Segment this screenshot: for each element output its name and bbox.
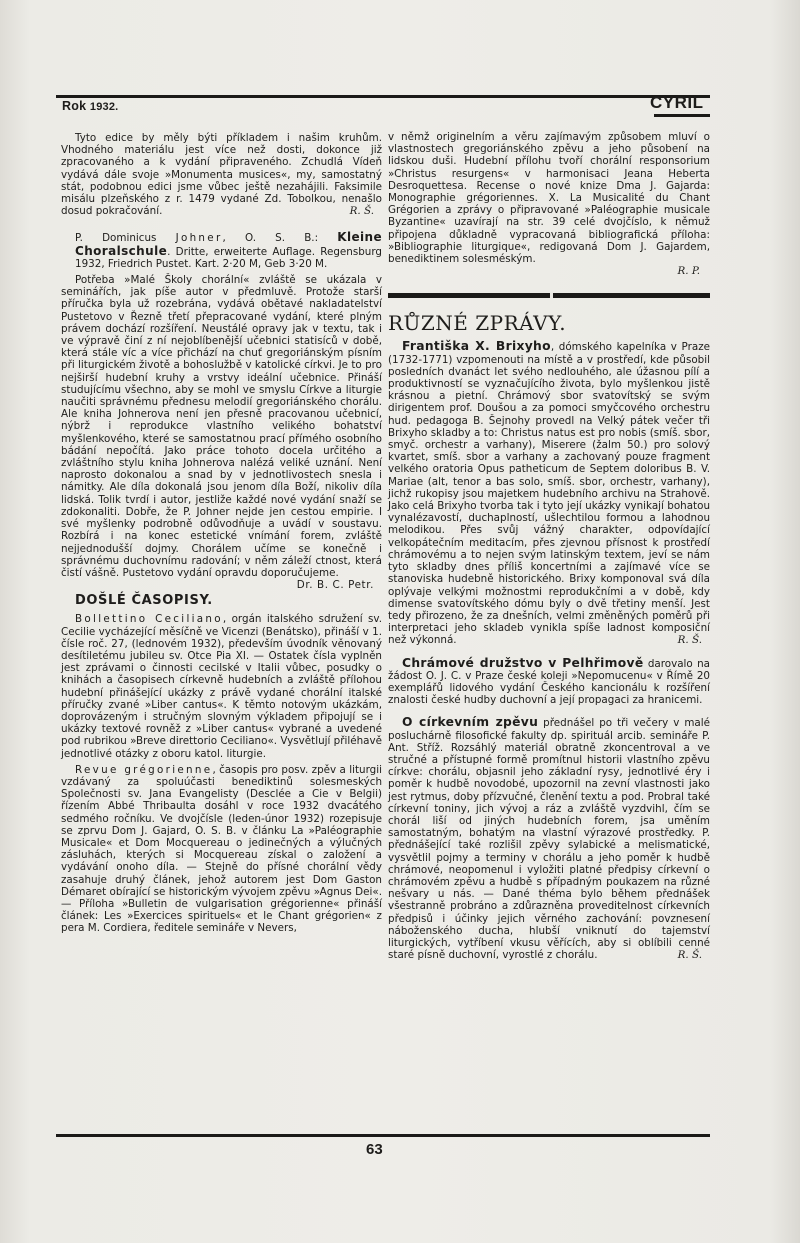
journal-page: Rok 1932. CYRIL Tyto edice by měly býti … — [0, 0, 800, 1243]
running-head-year: Rok 1932. — [62, 99, 118, 113]
intro-text: Tyto edice by měly býti příkladem i naši… — [61, 132, 382, 217]
book-review-body: Potřeba »Malé Školy chorální« zvláště se… — [61, 274, 382, 579]
right-column: v němž originelním a věru zajímavým způs… — [388, 131, 710, 961]
page-number: 63 — [366, 1141, 383, 1158]
book-review-citation: P. Dominicus Johner, O. S. B.: Kleine Ch… — [61, 231, 382, 270]
book-review-signature: Dr. B. C. Petr. — [283, 579, 382, 591]
pelhrimov-paragraph: Chrámové družstvo v Pelhřimově darovalo … — [388, 657, 710, 707]
bollettino-paragraph: Bollettino Ceciliano, orgán italského sd… — [61, 613, 382, 759]
revue-text: , časopis pro posv. zpěv a liturgii vzdá… — [61, 764, 382, 935]
intro-paragraph: Tyto edice by měly býti příkladem i naši… — [61, 132, 382, 217]
brixy-text: , dómského kapelníka v Praze (1732-1771)… — [388, 341, 710, 646]
church-singing-lead: O církevním zpěvu — [402, 715, 538, 729]
footer-rule — [56, 1134, 710, 1137]
header-rule — [56, 95, 710, 98]
bollettino-text: , orgán italského sdružení sv. Cecilie v… — [61, 613, 382, 759]
church-singing-paragraph: O církevním zpěvu přednášel po tři večer… — [388, 716, 710, 961]
pelhrimov-lead: Chrámové družstvo v Pelhřimově — [402, 656, 643, 670]
year-label: Rok — [62, 99, 86, 113]
revue-name: Revue grégorienne — [75, 764, 212, 776]
section-divider — [388, 293, 710, 298]
journal-title-underline — [654, 114, 710, 117]
church-singing-signature: R. Š. — [664, 949, 710, 961]
intro-signature: R. Š. — [336, 205, 382, 217]
bollettino-name: Bollettino Ceciliano — [75, 613, 223, 625]
continuation-text: v němž originelním a věru zajímavým způs… — [388, 131, 710, 265]
brixy-paragraph: Františka X. Brixyho, dómského kapelníka… — [388, 340, 710, 646]
section-title-various-news: RŮZNÉ ZPRÁVY. — [388, 312, 710, 334]
brixy-lead: Františka X. Brixyho — [402, 339, 551, 353]
church-singing-text: přednášel po tři večery v malé posluchár… — [388, 717, 710, 961]
continuation-signature: R. P. — [388, 265, 710, 277]
continuation-paragraph: v němž originelním a věru zajímavým způs… — [388, 131, 710, 265]
section-title-received-journals: DOŠLÉ ČASOPISY. — [75, 595, 382, 607]
book-author-prefix: P. Dominicus — [75, 232, 156, 244]
book-review-text: Potřeba »Malé Školy chorální« zvláště se… — [61, 274, 382, 579]
journal-title: CYRIL — [650, 93, 704, 113]
year-value: 1932. — [90, 101, 119, 113]
brixy-signature: R. Š. — [664, 634, 710, 646]
left-column: Tyto edice by měly býti příkladem i naši… — [61, 132, 382, 935]
book-author-surname: Johner — [176, 232, 223, 244]
book-author-suffix: , O. S. B.: — [223, 232, 319, 244]
revue-paragraph: Revue grégorienne, časopis pro posv. zpě… — [61, 764, 382, 935]
